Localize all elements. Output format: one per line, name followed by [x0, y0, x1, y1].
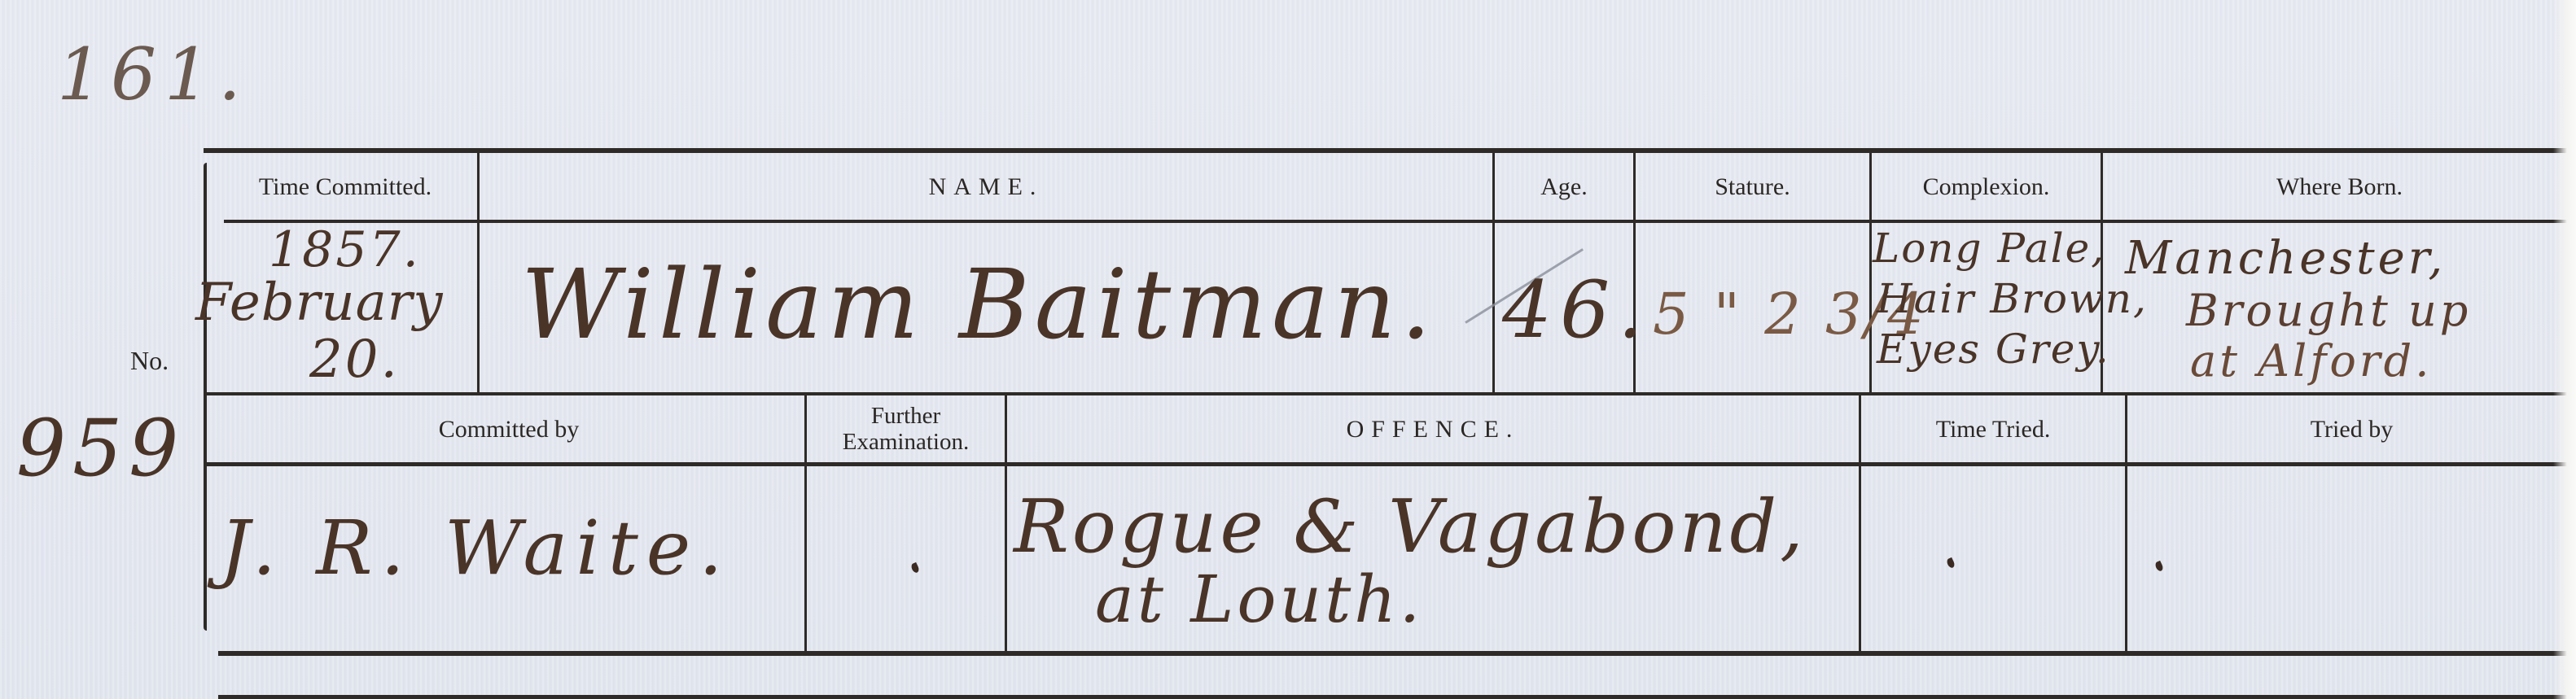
value-where-born-line1: Manchester, [2125, 232, 2446, 285]
value-age: 46. [1502, 264, 1651, 356]
header-further-line1: Further [871, 403, 940, 429]
value-month: February [195, 273, 443, 333]
value-year: 1857. [269, 221, 421, 278]
header-stature: Stature. [1636, 155, 1869, 220]
folio-number: 161. [57, 33, 249, 116]
header-further-examination: Further Examination. [807, 395, 1005, 462]
value-offence-line2: at Louth. [1095, 561, 1423, 637]
left-bracket [204, 163, 207, 631]
value-complexion-line2: Hair Brown, [1877, 275, 2148, 322]
value-name: William Baitman. [521, 248, 1436, 360]
value-committed-by: J. R. Waite. [220, 505, 730, 592]
header-time-tried: Time Tried. [1861, 397, 2125, 462]
no-label: No. [130, 346, 169, 376]
header-further-line2: Examination. [843, 429, 969, 455]
header-committed-by: Committed by [213, 397, 804, 462]
rule-header1 [224, 220, 2576, 223]
header-offence: OFFENCE. [1007, 397, 1859, 462]
value-tried-by-mark [2154, 561, 2164, 572]
header-tried-by: Tried by [2127, 397, 2576, 462]
entry-number: 959 [16, 403, 185, 494]
value-complexion-line3: Eyes Grey. [1877, 325, 2110, 373]
value-offence-line1: Rogue & Vagabond, [1014, 484, 1807, 570]
rule-top [204, 148, 2576, 153]
value-where-born-line2: Brought up [2186, 285, 2471, 336]
rule-bottom [218, 651, 2576, 656]
value-where-born-line3: at Alford. [2190, 335, 2432, 387]
header-age: Age. [1495, 155, 1633, 220]
header-complexion: Complexion. [1872, 155, 2101, 220]
rule-next-entry [218, 695, 2576, 699]
rule-header2 [204, 462, 2576, 466]
value-day: 20. [309, 330, 400, 390]
header-where-born: Where Born. [2103, 155, 2576, 220]
value-time-tried-mark [1946, 557, 1956, 569]
page-edge-gutter [2553, 0, 2576, 699]
value-complexion-line1: Long Pale, [1873, 225, 2105, 272]
header-time-committed: Time Committed. [213, 155, 477, 220]
value-further-examination-mark [910, 562, 920, 574]
header-name: NAME. [480, 155, 1492, 220]
rule-mid [204, 392, 2576, 395]
